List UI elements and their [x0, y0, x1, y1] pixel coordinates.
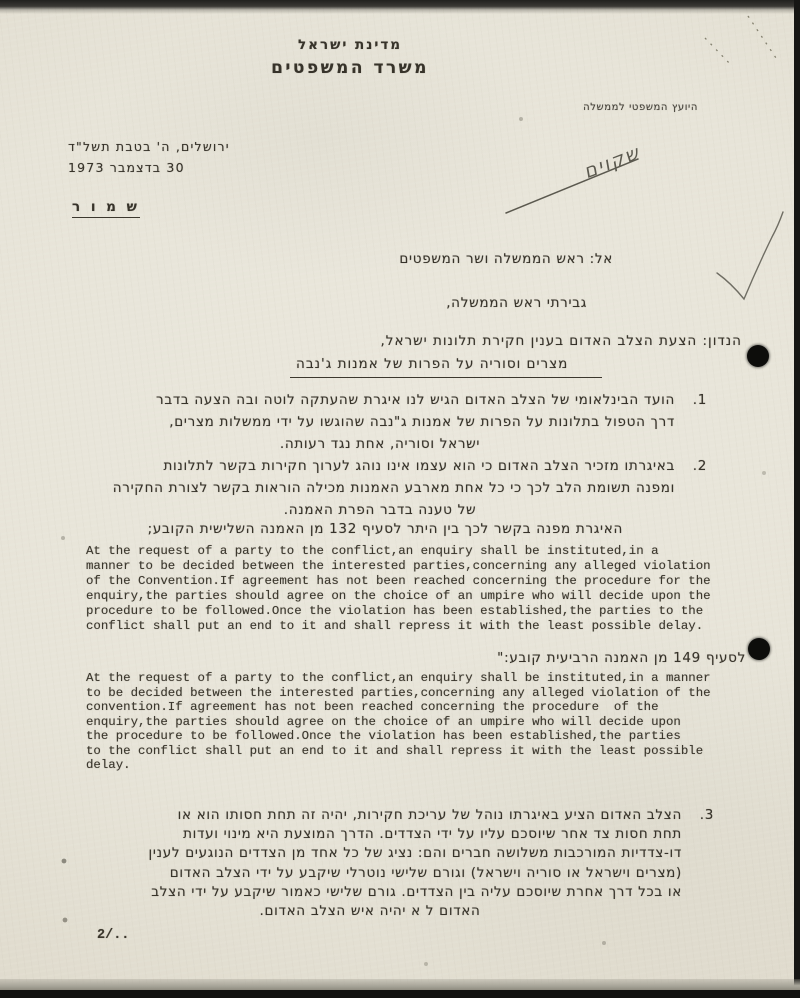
subject-line-2-underlined: מצרים וסוריה על הפרות של אמנות ג'נבה [290, 353, 602, 378]
text-line: ישראל וסוריה, אחת נגד רעותה. [85, 433, 675, 455]
paragraph-2-text: באיגרתו מזכיר הצלב האדום כי הוא עצמו אינ… [85, 455, 675, 521]
paragraph-3-text: הצלב האדום הציע באיגרתו נוהל של עריכת חק… [58, 806, 682, 921]
text-line: the procedure to be followed.Once the vi… [86, 729, 746, 744]
letterhead-state-name: מדינת ישראל [230, 37, 470, 53]
dateline: ירושלים, ה' בטבת תשל"ד 30 בדצמבר 1973 [68, 136, 230, 178]
text-line: enquiry,the parties should agree on the … [86, 589, 766, 604]
scan-artifact-top-band [0, 0, 800, 14]
text-line: (מצרים וישראל או סוריה וישראל) וגורם שלי… [58, 864, 682, 883]
recipient-line: אל: ראש הממשלה ושר המשפטים [399, 251, 613, 267]
text-line: convention.If agreement has not been rea… [86, 700, 746, 715]
hebrew-date: ירושלים, ה' בטבת תשל"ד [68, 136, 230, 157]
page-continuation-marker: 2/.. [97, 928, 129, 943]
classification-stamp: ש מ ו ר [72, 199, 140, 218]
paragraph-3-number: 3. [696, 806, 714, 825]
salutation-line: גבירתי ראש הממשלה, [446, 295, 587, 311]
scan-artifact-bottom-edge [0, 990, 800, 998]
letterhead-office-title: היועץ המשפטי לממשלה [583, 102, 698, 113]
text-line: to be decided between the interested par… [86, 686, 746, 701]
text-line: דו-צדדיות המורכבות משלושה חברים והם: נצי… [58, 844, 682, 863]
quoted-article-132-text: At the request of a party to the conflic… [86, 544, 766, 635]
paragraph-3: 3. הצלב האדום הציע באיגרתו נוהל של עריכת… [58, 806, 714, 921]
subject-block: הנדון: הצעת הצלב האדום בענין חקירת תלונו… [290, 330, 742, 352]
text-line: דרך הטפול בתלונות על הפרות של אמנות ג"נב… [85, 411, 675, 433]
scan-artifact-right-edge [794, 0, 800, 998]
scan-artifact-bottom-gray-band [0, 979, 800, 990]
handwritten-annotation: שקוים [514, 141, 643, 208]
staple-mark-icon [705, 38, 732, 66]
text-line: procedure to be followed.Once the violat… [86, 604, 766, 619]
text-line: האדום ל א יהיה איש הצלב האדום. [58, 902, 682, 921]
paragraph-2-number: 2. [689, 455, 707, 477]
text-line: הצלב האדום הציע באיגרתו נוהל של עריכת חק… [58, 806, 682, 825]
text-line: At the request of a party to the conflic… [86, 544, 766, 559]
text-line: of the Convention.If agreement has not b… [86, 574, 766, 589]
reference-article-132: האיגרת מפנה בקשר לכך בין היתר לסעיף 132 … [148, 521, 623, 537]
subject-line-1: הנדון: הצעת הצלב האדום בענין חקירת תלונו… [290, 330, 742, 352]
paragraph-1-number: 1. [689, 389, 707, 411]
text-line: ומפנה תשומת הלב לכך כי כל אחת מארבע האמנ… [85, 477, 675, 499]
text-line: הועד הבינלאומי של הצלב האדום הגיש לנו אי… [85, 389, 675, 411]
reference-article-149: לסעיף 149 מן האמנה הרביעית קובע:" [497, 650, 746, 666]
scan-speckles [0, 0, 2, 2]
text-line: תחת חסות צד אחר שיוסכם עליו על ידי הצדדי… [58, 825, 682, 844]
text-line: enquiry,the parties should agree on the … [86, 715, 746, 730]
civil-date: 30 בדצמבר 1973 [68, 157, 230, 178]
paragraph-1: 1. הועד הבינלאומי של הצלב האדום הגיש לנו… [85, 389, 707, 455]
text-line: conflict shall put an end to it and shal… [86, 619, 766, 634]
text-line: או בכל דרך אחרת שיוסכם עליה בין הצדדים. … [58, 883, 682, 902]
checkmark-pen-icon [717, 212, 783, 299]
paragraph-1-text: הועד הבינלאומי של הצלב האדום הגיש לנו אי… [85, 389, 675, 455]
hole-punch-mark-top [747, 345, 769, 367]
hole-punch-mark-bottom [748, 638, 770, 660]
scanned-letter-page: מדינת ישראל משרד המשפטים היועץ המשפטי למ… [0, 0, 800, 998]
text-line: At the request of a party to the conflic… [86, 671, 746, 686]
quoted-article-149-text: At the request of a party to the conflic… [86, 671, 746, 773]
text-line: באיגרתו מזכיר הצלב האדום כי הוא עצמו אינ… [85, 455, 675, 477]
text-line: של טענה בדבר הפרת האמנה. [85, 499, 675, 521]
text-line: manner to be decided between the interes… [86, 559, 766, 574]
staple-mark-icon [748, 16, 776, 58]
text-line: delay. [86, 758, 746, 773]
text-line: to the conflict shall put an end to it a… [86, 744, 746, 759]
paragraph-2: 2. באיגרתו מזכיר הצלב האדום כי הוא עצמו … [85, 455, 707, 521]
letterhead-ministry-name: משרד המשפטים [225, 58, 475, 78]
